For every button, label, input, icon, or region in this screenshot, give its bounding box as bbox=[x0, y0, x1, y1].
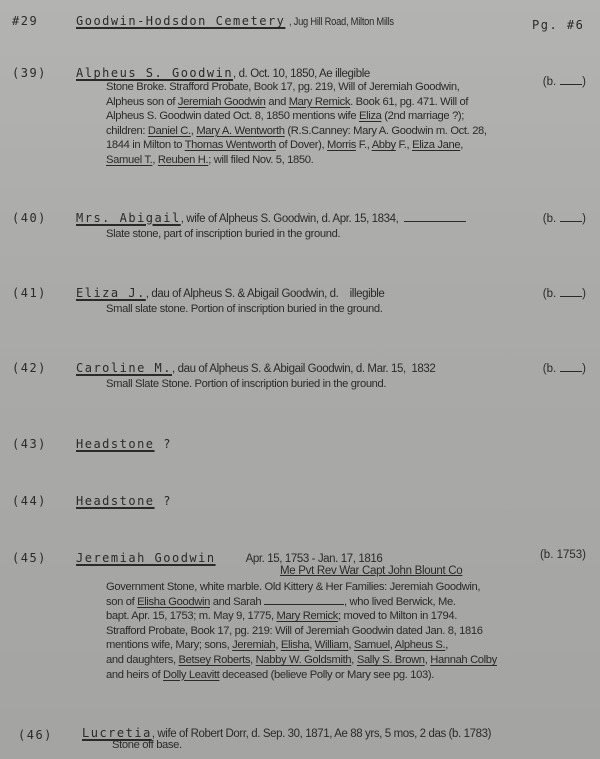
entry-index: (39) bbox=[12, 66, 47, 80]
entry-name: Headstone bbox=[76, 437, 155, 451]
entry-name: Mrs. Abigail bbox=[76, 211, 181, 225]
entry-index: (42) bbox=[12, 361, 47, 375]
entry-heading: Caroline M., dau of Alpheus S. & Abigail… bbox=[76, 361, 435, 375]
entry-index: (43) bbox=[12, 437, 47, 451]
entry-notes: Stone Broke. Strafford Probate, Book 17,… bbox=[106, 80, 586, 168]
page-number: Pg. #6 bbox=[532, 18, 584, 32]
entry-44: (44) Headstone ? bbox=[0, 494, 600, 514]
entry-index: (46) bbox=[18, 728, 53, 742]
entry-40: (40) Mrs. Abigail, wife of Alpheus S. Go… bbox=[0, 211, 600, 251]
entry-name: Eliza J. bbox=[76, 286, 146, 300]
entry-notes: Small slate stone. Portion of inscriptio… bbox=[106, 302, 586, 317]
military-service: Me Pvt Rev War Capt John Blount Co bbox=[280, 565, 462, 577]
entry-heading: Headstone ? bbox=[76, 494, 172, 508]
entry-dates: Apr. 15, 1753 - Jan. 17, 1816 bbox=[246, 553, 383, 565]
entry-name: Caroline M. bbox=[76, 361, 172, 375]
blank-field bbox=[560, 371, 582, 372]
entry-index: (41) bbox=[12, 286, 47, 300]
entry-summary: ? bbox=[155, 494, 172, 508]
entry-index: (45) bbox=[12, 551, 47, 565]
entry-notes: Slate stone, part of inscription buried … bbox=[106, 227, 586, 242]
entry-index: (44) bbox=[12, 494, 47, 508]
cemetery-location: , Jug Hill Road, Milton Mills bbox=[289, 16, 394, 28]
entry-heading: Alpheus S. Goodwin, d. Oct. 10, 1850, Ae… bbox=[76, 66, 370, 80]
cemetery-name: Goodwin-Hodsdon Cemetery bbox=[76, 14, 285, 28]
entry-summary: , d. Oct. 10, 1850, Ae illegible bbox=[233, 68, 370, 80]
entry-name: Alpheus S. Goodwin bbox=[76, 66, 233, 80]
entry-43: (43) Headstone ? bbox=[0, 437, 600, 457]
blank-field bbox=[560, 221, 582, 222]
entry-39: (39) Alpheus S. Goodwin, d. Oct. 10, 185… bbox=[0, 66, 600, 176]
entry-heading: Jeremiah GoodwinApr. 15, 1753 - Jan. 17,… bbox=[76, 551, 382, 565]
entry-heading: Mrs. Abigail, wife of Alpheus S. Goodwin… bbox=[76, 211, 466, 225]
entry-summary: , dau of Alpheus S. & Abigail Goodwin, d… bbox=[172, 363, 435, 375]
entry-heading: Eliza J., dau of Alpheus S. & Abigail Go… bbox=[76, 286, 384, 300]
cemetery-number: #29 bbox=[12, 14, 38, 28]
entry-45: (45) Jeremiah GoodwinApr. 15, 1753 - Jan… bbox=[0, 551, 600, 686]
entry-summary: , wife of Alpheus S. Goodwin, d. Apr. 15… bbox=[181, 213, 399, 225]
entry-summary: , dau of Alpheus S. & Abigail Goodwin, d… bbox=[146, 288, 385, 300]
entry-42: (42) Caroline M., dau of Alpheus S. & Ab… bbox=[0, 361, 600, 401]
entry-notes: Stone off base. bbox=[112, 738, 592, 753]
page-title: Goodwin-Hodsdon Cemetery, Jug Hill Road,… bbox=[76, 14, 413, 28]
page-header: #29 Goodwin-Hodsdon Cemetery, Jug Hill R… bbox=[0, 14, 600, 34]
birth-year: (b. 1753) bbox=[540, 549, 586, 561]
blank-field bbox=[560, 296, 582, 297]
entry-name: Jeremiah Goodwin bbox=[76, 551, 216, 565]
entry-notes: Government Stone, white marble. Old Kitt… bbox=[106, 580, 586, 682]
birth-year: (b.) bbox=[543, 363, 586, 375]
birth-year: (b.) bbox=[543, 213, 586, 225]
birth-year: (b.) bbox=[543, 288, 586, 300]
entry-notes: Small Slate Stone. Portion of inscriptio… bbox=[106, 377, 586, 392]
entry-41: (41) Eliza J., dau of Alpheus S. & Abiga… bbox=[0, 286, 600, 326]
entry-name: Headstone bbox=[76, 494, 155, 508]
entry-heading: Headstone ? bbox=[76, 437, 172, 451]
entry-index: (40) bbox=[12, 211, 47, 225]
entry-46: (46) Lucretia, wife of Robert Dorr, d. S… bbox=[0, 728, 600, 758]
entry-summary: ? bbox=[155, 437, 172, 451]
blank-field bbox=[404, 221, 466, 222]
